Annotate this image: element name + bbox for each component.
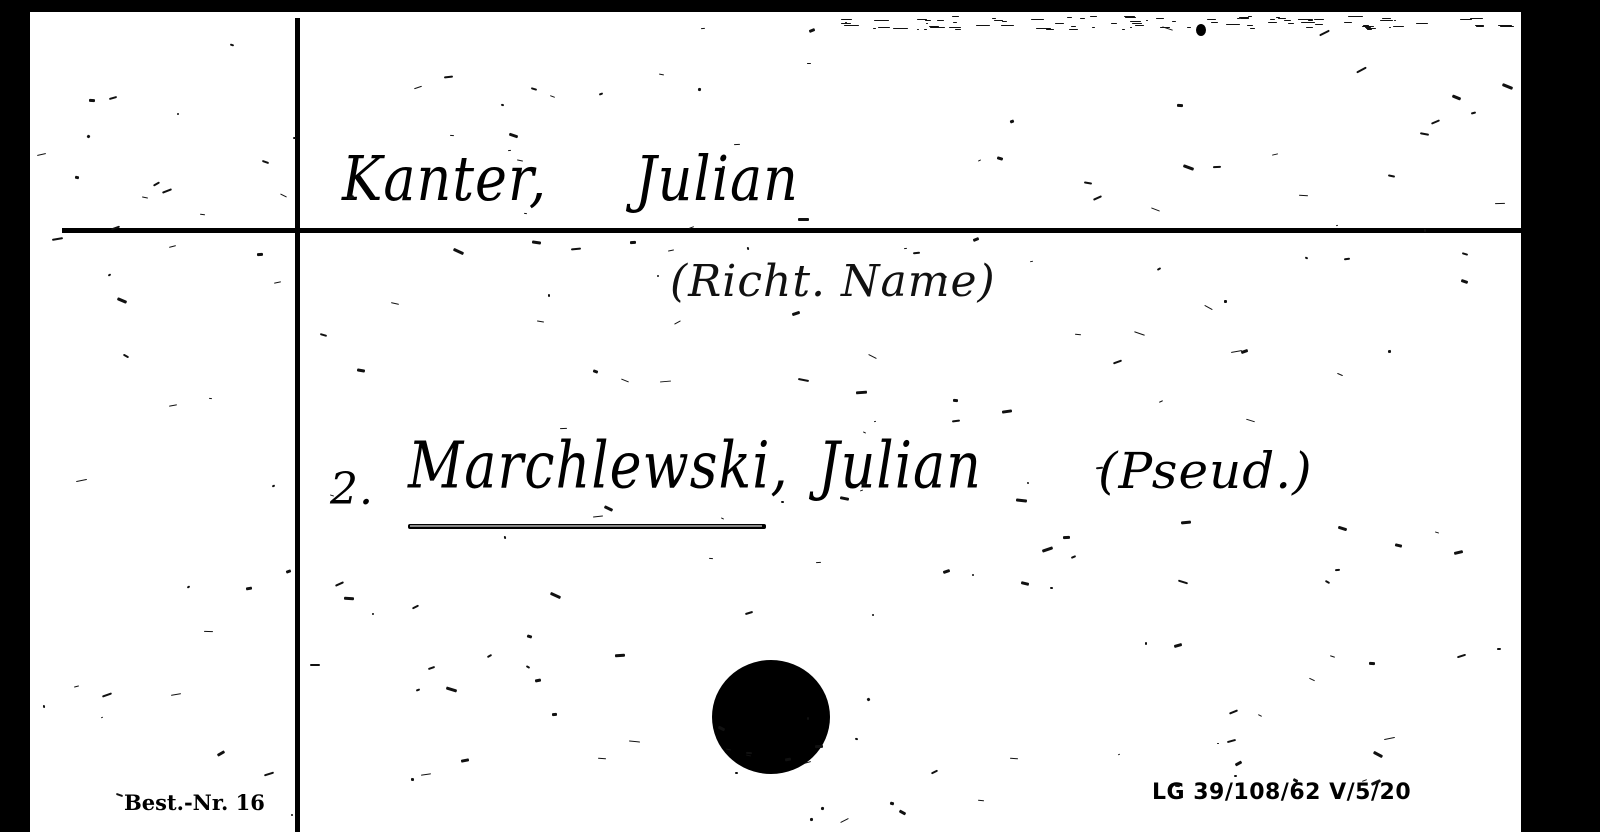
scan-speck [1393,26,1404,27]
primary-surname: Kanter, [342,143,547,215]
scan-speck [1338,526,1347,532]
scan-speck [1181,521,1191,525]
scan-speck [428,666,435,670]
scan-speck [504,536,507,539]
scan-speck [310,664,320,666]
ink-spot [1196,24,1206,36]
scan-speck [117,297,127,304]
scan-speck [1389,27,1391,28]
scan-speck [734,144,740,145]
scan-speck [615,654,625,658]
scan-speck [1337,373,1343,376]
scan-speck [344,597,354,601]
scan-speck [1036,28,1051,29]
scan-speck [274,281,281,283]
scan-speck [1211,22,1218,23]
scan-speck [1237,18,1240,19]
scan-speck [209,398,212,399]
scan-speck [844,25,859,26]
scan-speck [1457,654,1466,659]
scan-speck [43,705,45,708]
scan-speck [487,654,492,658]
scan-speck [217,750,225,757]
scan-speck [856,391,867,395]
scan-speck [1145,642,1147,645]
scan-speck [391,302,399,305]
scan-speck [320,333,327,337]
scan-speck [893,28,908,29]
scan-speck [931,770,938,775]
scan-speck [1272,153,1278,155]
scan-speck [1299,195,1308,196]
scan-speck [997,156,1004,161]
scan-speck [1146,20,1148,21]
scan-speck [1309,678,1315,682]
scan-speck [781,501,784,503]
order-number: Best.-Nr. 16 [124,790,265,815]
scan-speck [1246,419,1255,423]
scan-speck [1229,709,1238,714]
scan-speck [1247,25,1253,26]
scan-speck [873,28,876,29]
scan-speck [1122,29,1125,30]
scan-speck [116,793,123,797]
scan-speck [1308,20,1313,21]
scan-speck [821,807,825,811]
scan-speck [1471,111,1476,114]
scan-speck [461,758,469,762]
scan-speck [807,63,811,64]
scan-speck [890,802,895,806]
scan-speck [949,27,961,28]
horizontal-rule [62,228,1521,233]
scan-speck [1369,662,1375,665]
scan-speck [930,27,945,28]
scan-speck [1204,305,1212,310]
scan-speck [531,87,537,91]
scan-speck [872,614,874,616]
scan-speck [1042,546,1053,552]
scan-speck [52,237,63,241]
scan-speck [291,814,293,816]
scan-speck [335,581,344,586]
scan-speck [1388,174,1395,177]
scan-speck [37,153,46,156]
scan-speck [411,778,414,781]
scan-speck [1080,18,1085,19]
scan-speck [1315,24,1323,25]
scan-speck [1235,760,1243,766]
scan-speck [1031,19,1044,20]
scan-speck [698,88,702,92]
scan-speck [1118,754,1120,756]
scan-speck [747,247,750,250]
scan-speck [1460,19,1472,20]
scan-speck [450,135,454,136]
scan-speck [76,479,87,482]
scan-speck [952,16,959,17]
scan-speck [412,605,419,610]
scan-speck [1284,20,1291,21]
scan-speck [1314,19,1324,20]
scan-speck [537,320,544,322]
scan-speck [841,23,851,24]
scan-speck [153,181,160,186]
scan-speck [101,717,103,719]
scan-speck [917,29,919,30]
scan-speck [659,74,664,76]
scan-speck [1348,16,1363,17]
scan-speck [1461,279,1469,284]
scan-speck [1288,23,1294,24]
scan-speck [599,92,603,95]
scan-speck [264,772,274,777]
scan-speck [1030,261,1033,263]
scan-speck [1268,22,1277,23]
scan-speck [230,43,234,46]
scan-speck [1021,581,1029,586]
punch-hole-icon [712,660,830,774]
primary-annotation: (Richt. Name) [670,256,996,307]
scan-speck [792,311,801,316]
scan-speck [446,686,457,692]
scan-noise [810,16,1510,36]
scan-speck [1125,17,1136,18]
scan-speck [280,193,287,197]
scan-speck [1226,24,1240,25]
alias-annotation: (Pseud.) [1098,442,1313,500]
scan-speck [535,679,541,683]
scan-speck [1234,775,1237,777]
scan-speck [1388,350,1391,353]
scan-speck [1010,758,1018,760]
scan-speck [414,86,422,90]
scan-speck [204,631,213,632]
scan-speck [1071,26,1076,27]
scan-speck [1224,300,1227,303]
scan-speck [1452,94,1461,100]
scan-speck [262,160,269,164]
primary-given-name: Julian [635,143,799,215]
scan-speck [630,241,636,244]
scan-speck [953,22,957,23]
scan-speck [1093,195,1102,200]
scan-speck [952,419,960,422]
scan-speck [746,752,752,755]
scan-speck [169,245,176,248]
scan-speck [1416,23,1428,24]
scan-speck [899,809,907,815]
scan-speck [722,166,725,169]
scan-speck [807,717,809,720]
scan-speck [978,159,981,161]
scan-speck [709,558,713,559]
scan-speck [1258,714,1262,717]
alias-surname: Marchlewski, [408,427,789,503]
scan-speck [629,740,640,742]
scan-speck [840,818,848,823]
scan-speck [972,574,975,577]
scan-speck [200,214,205,216]
scan-speck [1500,26,1514,27]
scan-speck [1207,19,1216,20]
scan-speck [1394,20,1396,21]
scan-speck [1298,19,1304,20]
scan-speck [1001,25,1014,26]
scan-speck [1305,257,1309,260]
scan-speck [1071,555,1076,559]
scan-speck [1424,229,1427,232]
scan-speck [1336,225,1338,227]
scan-speck [1113,360,1122,365]
scan-speck [1069,29,1078,30]
scan-speck [841,19,852,20]
scan-speck [508,150,511,151]
scan-speck [171,693,181,696]
scan-speck [917,19,927,20]
scan-speck [74,685,79,687]
scan-speck [735,772,738,774]
scan-speck [123,354,129,359]
alias-number: 2. [330,464,374,515]
scan-speck [1476,26,1484,27]
scan-speck [1002,21,1007,22]
scan-speck [1431,119,1440,124]
scan-speck [1183,164,1194,171]
scan-speck [1010,119,1015,123]
scan-speck [1130,27,1132,28]
scan-speck [878,27,890,28]
scan-speck [604,505,613,512]
scan-speck [1050,587,1053,589]
scan-speck [453,248,464,255]
scan-speck [1002,409,1012,413]
scan-speck [272,485,276,488]
scan-speck [1213,166,1221,168]
scan-speck [668,249,674,251]
scan-speck [815,745,823,748]
scan-speck [866,697,870,701]
scan-speck [1240,18,1249,19]
scan-speck [1016,498,1027,502]
scan-speck [816,562,821,563]
scan-speck [1384,737,1395,740]
scan-speck [142,196,148,198]
scan-speck [1067,17,1072,18]
scan-speck [953,399,958,402]
scan-speck [1495,203,1505,204]
scan-speck [257,253,263,257]
alias-given-name: Julian [818,427,982,503]
scan-speck [1306,27,1313,28]
scan-speck [286,569,292,573]
scan-speck [86,134,90,138]
scan-speck [1175,784,1180,787]
scan-speck [924,29,927,30]
scan-speck [1227,739,1236,743]
scan-speck [509,133,518,139]
scan-speck [1084,181,1092,184]
scan-speck [593,369,599,374]
scan-speck [1470,18,1483,19]
scan-speck [109,96,117,100]
scan-speck [657,275,659,277]
scan-speck [1075,334,1081,336]
scan-speck [1435,531,1439,533]
scan-speck [1055,23,1064,24]
scan-speck [943,569,951,574]
scan-speck [1395,543,1403,548]
scan-speck [246,587,252,591]
scan-speck [1157,267,1161,271]
scan-speck [1132,23,1142,24]
scan-speck [1156,18,1164,19]
scan-speck [994,20,1003,21]
scan-speck [798,378,809,382]
scan-speck [1330,655,1335,657]
scan-speck [162,188,172,193]
scan-speck [1111,23,1117,24]
scan-speck [1502,83,1513,90]
scan-speck [1344,258,1350,261]
scan-speck [1250,28,1255,29]
scan-speck [973,237,980,242]
scan-speck [1159,400,1163,403]
scan-speck [532,240,541,244]
scan-speck [1130,21,1141,22]
alias-underline [408,524,766,529]
scan-speck [976,25,990,26]
scan-speck [674,320,681,324]
scan-speck [745,611,753,615]
scan-speck [1063,536,1070,539]
scan-speck [593,515,603,517]
scan-speck [598,758,606,760]
scan-speck [357,368,365,372]
scan-speck [293,137,296,139]
scan-speck [1356,67,1367,74]
scan-speck [1135,25,1144,26]
index-card: Kanter, Julian (Richt. Name) 2. Marchlew… [30,12,1521,832]
scan-speck [102,692,112,697]
scan-speck [913,252,920,255]
scan-speck [416,688,420,691]
scan-speck [89,99,95,102]
scan-speck [874,20,889,21]
scan-speck [187,585,191,588]
scan-speck [552,713,557,716]
scan-speck [810,818,813,821]
scan-speck [868,354,876,359]
scan-speck [1325,580,1330,584]
scan-speck [1217,743,1219,744]
scan-speck [1027,482,1030,485]
scan-speck [874,421,876,422]
scan-speck [550,95,555,98]
scan-speck [855,738,858,741]
scan-speck [444,75,453,78]
scan-speck [1270,19,1275,20]
scan-speck [804,761,811,764]
scan-speck [1367,29,1372,30]
scan-speck [660,381,671,383]
scan-speck [550,592,561,599]
scan-speck [1382,18,1391,19]
scan-speck [501,104,504,107]
scan-speck [548,294,550,297]
scan-speck [955,29,961,30]
scan-speck [1046,29,1054,30]
scan-speck [1248,16,1252,17]
scan-speck [1344,22,1352,23]
scan-speck [527,634,533,638]
scan-speck [1092,27,1095,28]
scan-speck [108,273,112,276]
scan-speck [1373,751,1383,758]
scan-speck [937,20,944,21]
scan-viewport: Kanter, Julian (Richt. Name) 2. Marchlew… [0,0,1600,832]
scan-speck [1462,252,1468,256]
scan-speck [526,665,530,669]
scan-speck [1380,20,1393,21]
scan-speck [721,517,724,519]
scan-speck [1454,550,1463,555]
scan-speck [177,113,180,116]
scan-speck [169,404,177,407]
scan-speck [421,773,431,775]
scan-speck [1177,104,1183,107]
scan-speck [1498,25,1512,26]
scan-speck [992,18,996,19]
scan-speck [1174,643,1183,648]
scan-speck [1335,569,1340,571]
scan-speck [925,20,931,21]
scan-speck [1178,580,1188,585]
scan-speck [1090,16,1097,17]
scan-speck [372,613,374,615]
scan-speck [978,800,984,802]
scan-speck [1420,132,1429,136]
scan-speck [1278,18,1286,19]
scan-speck [904,248,907,249]
scan-speck [926,23,928,24]
scan-speck [621,379,629,383]
scan-speck [1187,27,1191,28]
scan-speck [75,176,79,180]
scan-speck [798,218,809,221]
scan-speck [1301,22,1315,23]
scan-speck [1497,648,1501,650]
scan-speck [701,28,705,29]
scan-speck [571,247,581,250]
scan-speck [1134,331,1145,336]
scan-speck [1151,207,1160,211]
vertical-rule [295,18,300,832]
scan-speck [1172,21,1176,22]
